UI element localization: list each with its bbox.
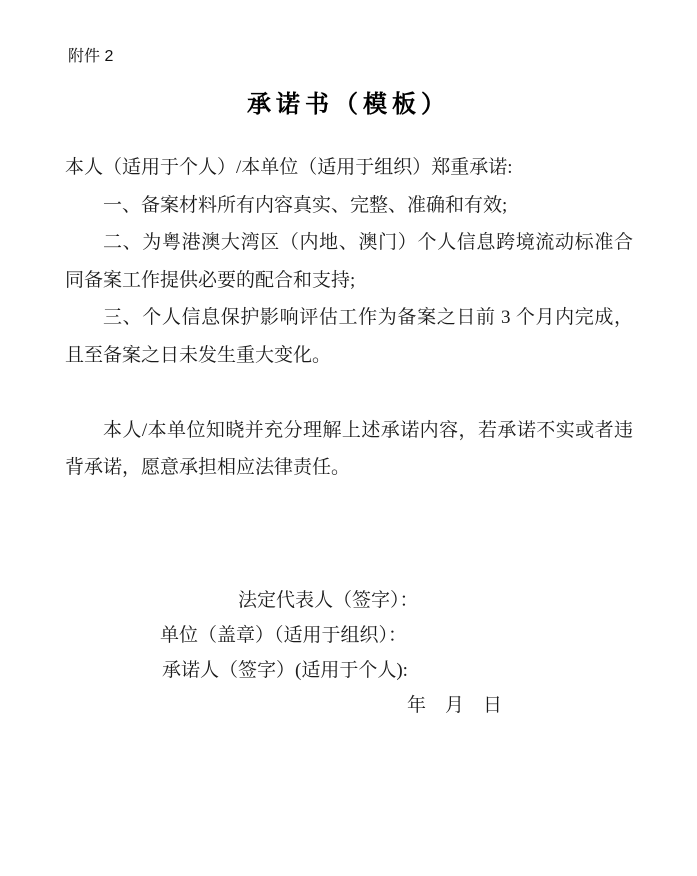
signature-promisor-line: 承诺人（签字）(适用于个人): (162, 653, 697, 688)
document-body: 本人（适用于个人）/本单位（适用于组织）郑重承诺: 一、备案材料所有内容真实、完… (65, 149, 633, 487)
intro-paragraph: 本人（适用于个人）/本单位（适用于组织）郑重承诺: (65, 149, 633, 187)
document-page: 附件 2 承诺书（模板） 本人（适用于个人）/本单位（适用于组织）郑重承诺: 一… (0, 0, 697, 876)
signature-org-seal-line: 单位（盖章）（适用于组织）： (160, 618, 697, 653)
commitment-item-3: 三、个人信息保护影响评估工作为备案之日前 3 个月内完成，且至备案之日未发生重大… (65, 299, 633, 374)
commitment-item-1: 一、备案材料所有内容真实、完整、准确和有效; (65, 187, 633, 225)
closing-paragraph: 本人/本单位知晓并充分理解上述承诺内容，若承诺不实或者违背承诺，愿意承担相应法律… (65, 412, 633, 487)
commitment-item-2: 二、为粤港澳大湾区（内地、澳门）个人信息跨境流动标准合同备案工作提供必要的配合和… (65, 224, 633, 299)
document-title: 承诺书（模板） (0, 88, 697, 122)
signature-legal-rep-line: 法定代表人（签字）： (238, 583, 697, 618)
signature-block: 法定代表人（签字）： 单位（盖章）（适用于组织）： 承诺人（签字）(适用于个人)… (65, 583, 697, 723)
signature-date-line: 年 月 日 (407, 688, 697, 723)
attachment-label: 附件 2 (68, 46, 697, 68)
